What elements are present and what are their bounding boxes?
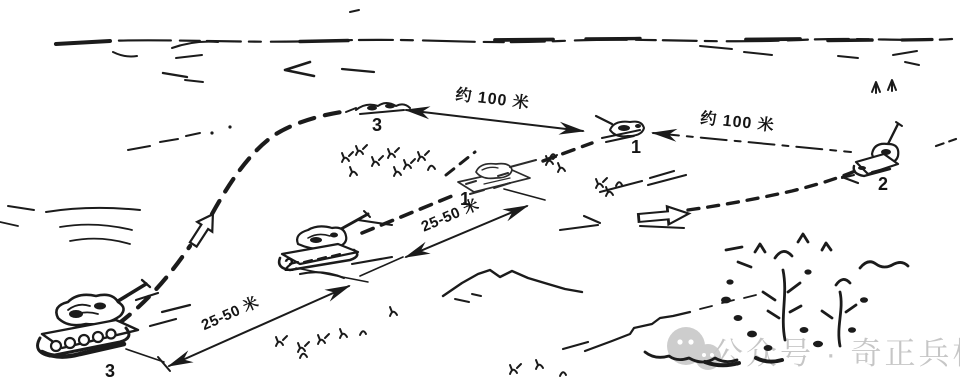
- tank-sketch-bottom-left: [38, 280, 150, 357]
- tactical-diagram: 公众号 · 奇正兵机: [0, 0, 960, 388]
- movement-arrow-icon: [186, 209, 221, 249]
- annotation-100m-top: 约 100 米: [454, 85, 530, 113]
- distance-arrow-right: [653, 133, 851, 152]
- distance-arrow-top: [406, 110, 583, 131]
- label-middle-left: 2: [284, 255, 294, 275]
- tank-sketch-right: [842, 122, 902, 178]
- bush-tufts: [276, 145, 622, 376]
- distance-arrow-low: [169, 286, 349, 366]
- watermark-text: 公众号 · 奇正兵机: [712, 336, 960, 371]
- label-top-center: 3: [372, 115, 382, 135]
- label-bottom-left: 3: [105, 361, 115, 381]
- movement-route-left: [118, 111, 348, 324]
- tree-icon: [872, 80, 896, 93]
- diagram-canvas: 公众号 · 奇正兵机: [0, 0, 960, 388]
- tank-sketch-top-center: [346, 103, 410, 114]
- mountain-ridge: [443, 270, 582, 302]
- annotation-100m-right: 约 100 米: [699, 108, 775, 135]
- label-right: 2: [878, 174, 888, 194]
- distant-terrain: [113, 10, 919, 150]
- movement-route-right: [638, 139, 956, 227]
- label-top-mid: 1: [631, 137, 641, 157]
- movement-arrow-icon: [638, 205, 690, 227]
- distance-arrows: [126, 110, 851, 371]
